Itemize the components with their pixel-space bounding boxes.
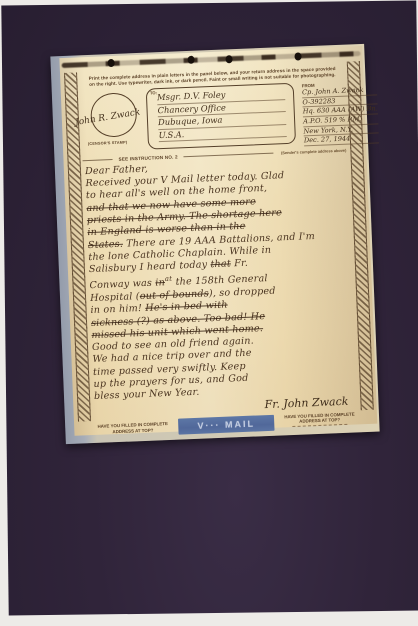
censor-stamp-area: John R. Zwack (CENSOR'S STAMP) — [80, 89, 144, 146]
text-segment: ), so dropped — [209, 286, 276, 300]
letter-body: Dear Father, Received your V Mail letter… — [83, 152, 359, 417]
to-label: TO: — [150, 90, 157, 95]
censor-stamp-caption: (CENSOR'S STAMP) — [88, 140, 144, 146]
sender-address-block: FROM Cp. John A. ZwackO-392283Hq. 630 AA… — [302, 80, 379, 147]
text-segment: Hospital ( — [90, 291, 140, 304]
vmail-letter-sheet: Print the complete address in plain lett… — [59, 46, 377, 436]
text-segment: Fr. — [231, 258, 249, 270]
sender-address-lines: Cp. John A. ZwackO-392283Hq. 630 AAA (AW… — [302, 86, 379, 147]
sender-address-line: Dec. 27, 1944 — [304, 134, 379, 147]
text-segment: Conway was — [89, 278, 155, 292]
struck-text-segment: States. — [88, 238, 123, 250]
text-segment: in on him! — [90, 303, 145, 316]
rule-line — [83, 159, 113, 161]
form-frame: Print the complete address in plain lett… — [60, 61, 377, 436]
recipient-address-box: TO: Msgr. D.V. FoleyChancery OfficeDubuq… — [146, 83, 296, 150]
footer-question-left: HAVE YOU FILLED IN COMPLETE ADDRESS AT T… — [93, 421, 172, 435]
photo-of-vmail-letter: { "form": { "instructions_line1": "Print… — [0, 0, 418, 626]
vmail-logo-stamp: V··· MAIL — [178, 414, 275, 434]
recipient-address-lines: Msgr. D.V. FoleyChancery OfficeDubuque, … — [157, 87, 287, 142]
photographic-paper-backing: Print the complete address in plain lett… — [50, 44, 379, 444]
ink-blob — [225, 55, 232, 63]
ink-blob — [294, 52, 301, 60]
footer-question-right: HAVE YOU FILLED IN COMPLETE ADDRESS AT T… — [280, 411, 360, 430]
letter-body-lines: Received your V Mail letter today. Gladt… — [85, 168, 358, 404]
struck-text-segment: that — [210, 259, 231, 271]
address-row: John R. Zwack (CENSOR'S STAMP) TO: Msgr.… — [80, 81, 348, 155]
fine-print-line — [292, 424, 347, 430]
